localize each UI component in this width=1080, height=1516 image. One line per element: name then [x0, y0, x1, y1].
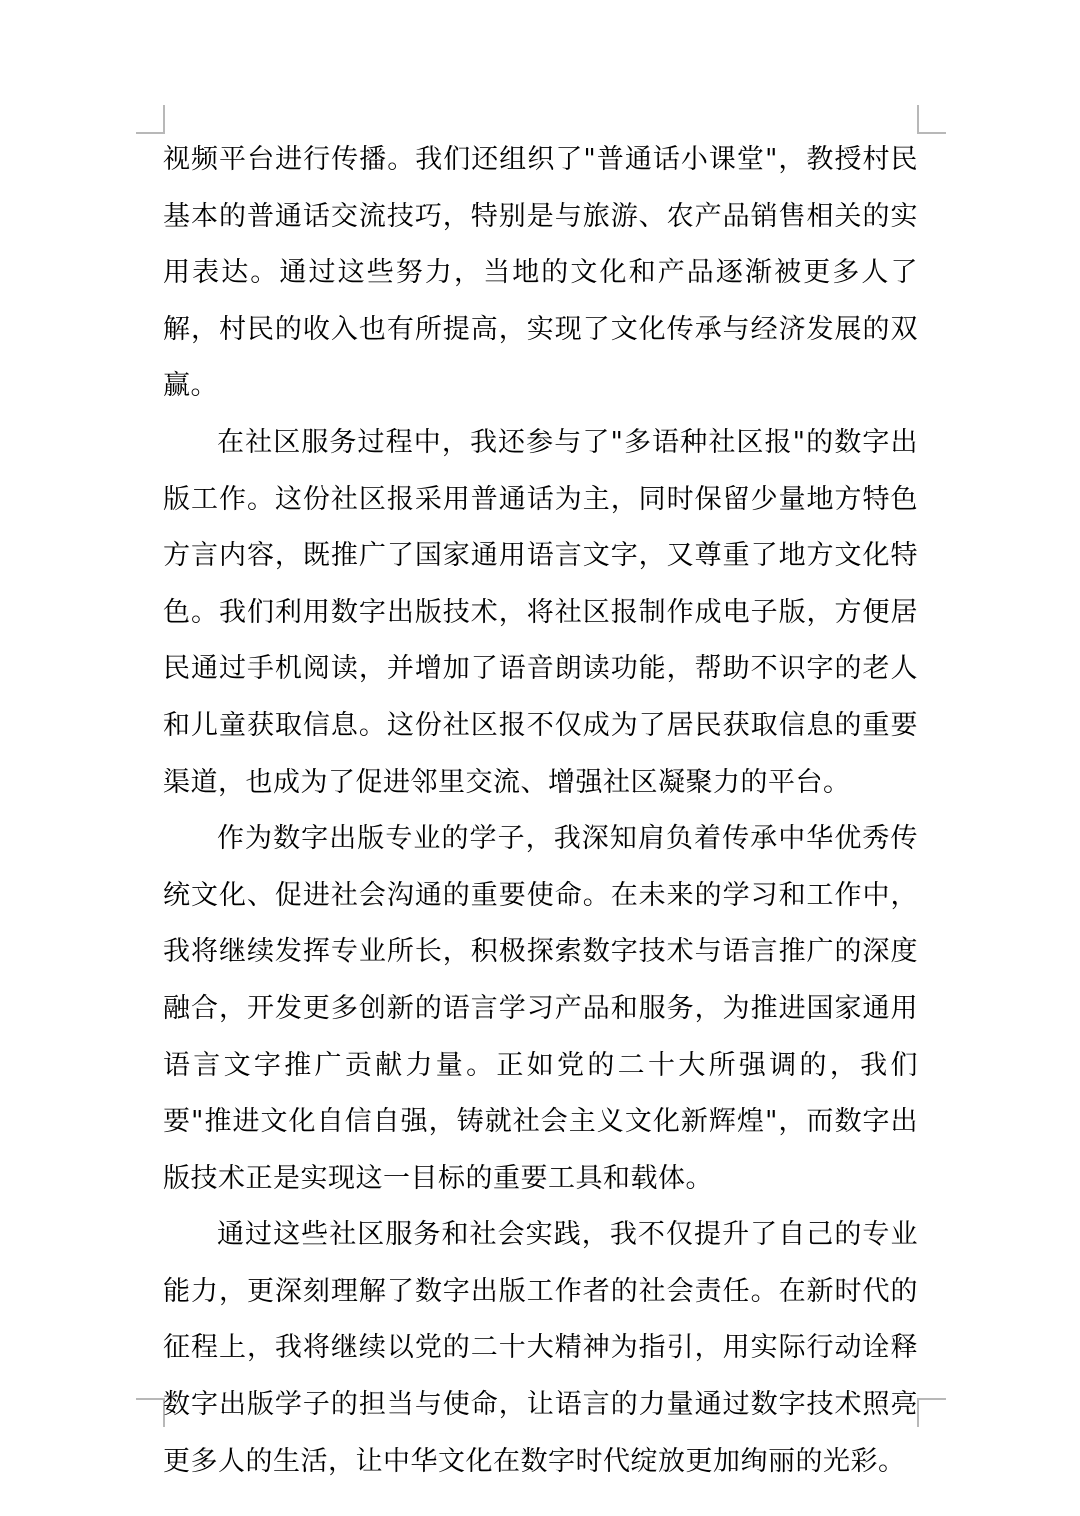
crop-mark-top-right-icon — [917, 105, 946, 134]
paragraph-conclusion[interactable]: 通过这些社区服务和社会实践，我不仅提升了自己的专业能力，更深刻理解了数字出版工作… — [163, 1207, 918, 1490]
document-page: 视频平台进行传播。我们还组织了"普通话小课堂"，教授村民基本的普通话交流技巧，特… — [0, 0, 1080, 1516]
crop-mark-bottom-left-icon — [136, 1398, 165, 1427]
paragraph-continuation[interactable]: 视频平台进行传播。我们还组织了"普通话小课堂"，教授村民基本的普通话交流技巧，特… — [163, 132, 918, 415]
text-body[interactable]: 视频平台进行传播。我们还组织了"普通话小课堂"，教授村民基本的普通话交流技巧，特… — [163, 132, 918, 1490]
crop-mark-bottom-right-icon — [917, 1398, 946, 1427]
crop-mark-top-left-icon — [136, 105, 165, 134]
paragraph-digital-publishing-student[interactable]: 作为数字出版专业的学子，我深知肩负着传承中华优秀传统文化、促进社会沟通的重要使命… — [163, 811, 918, 1207]
paragraph-community-newspaper[interactable]: 在社区服务过程中，我还参与了"多语种社区报"的数字出版工作。这份社区报采用普通话… — [163, 415, 918, 811]
